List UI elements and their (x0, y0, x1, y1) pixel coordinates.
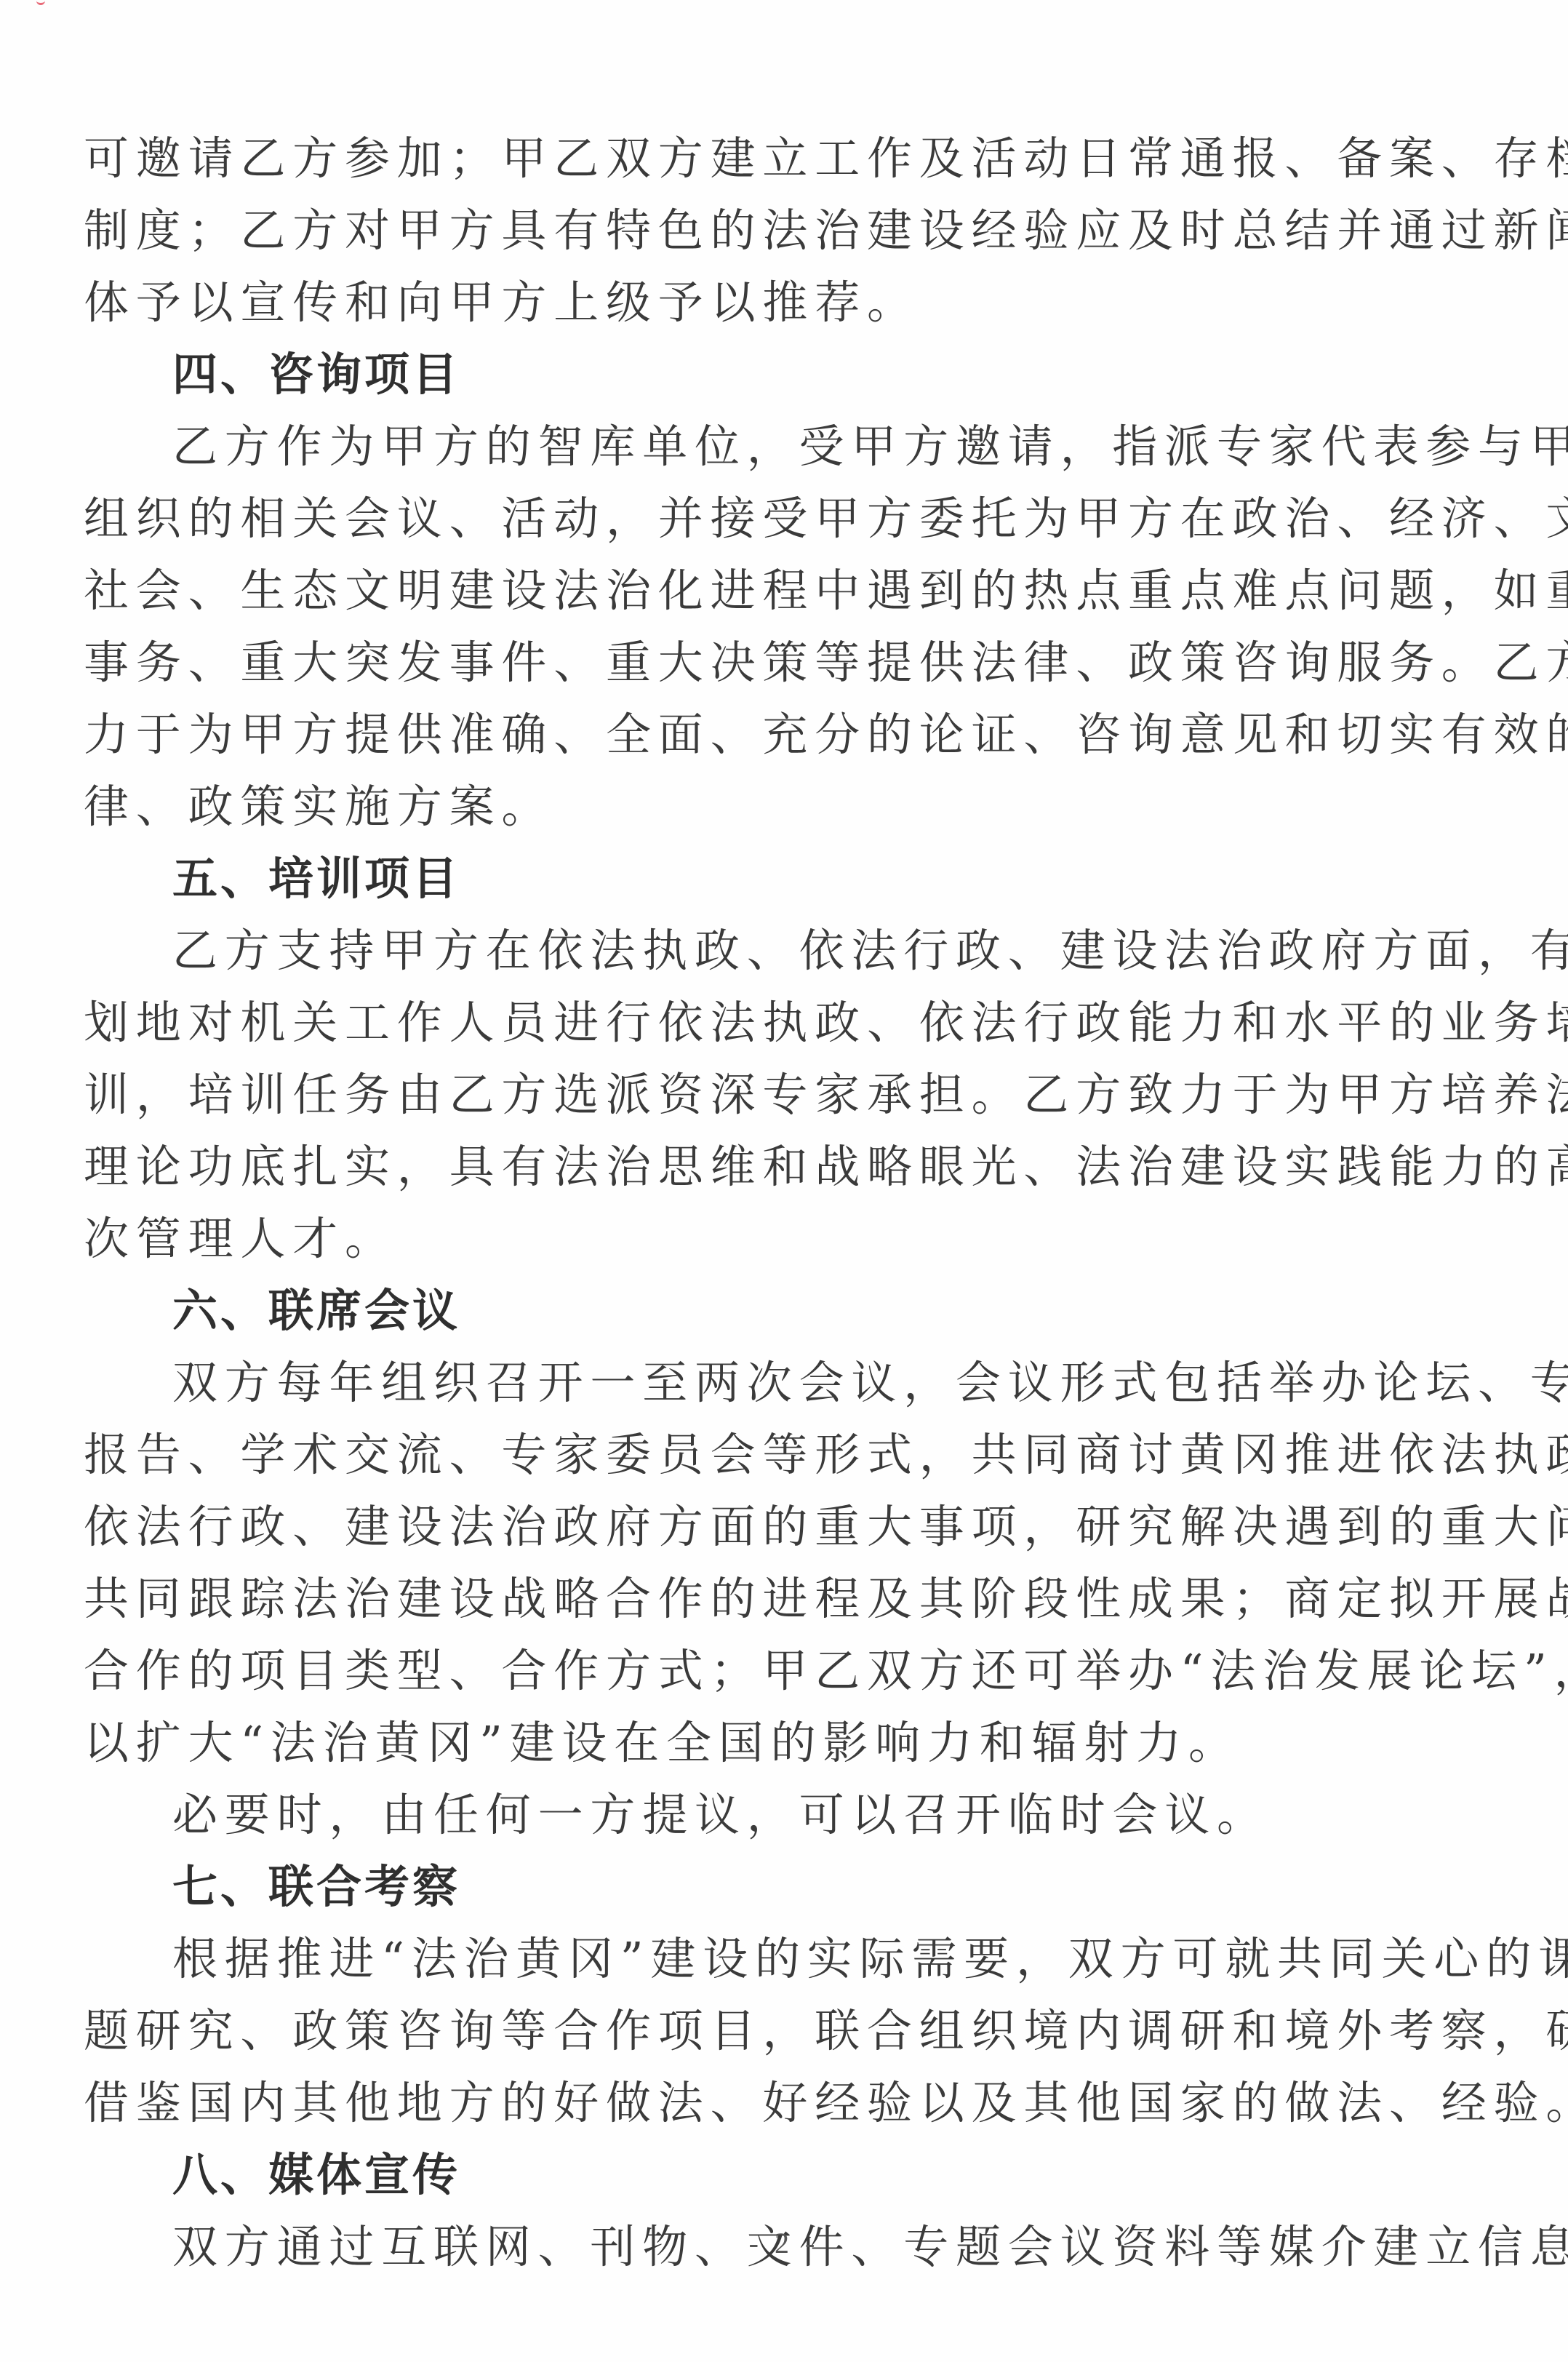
body-line: 训，培训任务由乙方选派资深专家承担。乙方致力于为甲方培养法治 (84, 1058, 1447, 1130)
body-line: 以扩大“法治黄冈”建设在全国的影响力和辐射力。 (84, 1707, 1447, 1779)
body-line: 借鉴国内其他地方的好做法、好经验以及其他国家的做法、经验。 (84, 2067, 1447, 2139)
section-heading-joint-meeting: 六、联席会议 (84, 1274, 1447, 1346)
body-line: 乙方支持甲方在依法执政、依法行政、建设法治政府方面，有计 (84, 914, 1447, 986)
body-line: 必要时，由任何一方提议，可以召开临时会议。 (84, 1779, 1447, 1851)
body-line: 划地对机关工作人员进行依法执政、依法行政能力和水平的业务培 (84, 986, 1447, 1058)
body-line: 次管理人才。 (84, 1202, 1447, 1274)
document-body: 可邀请乙方参加；甲乙双方建立工作及活动日常通报、备案、存档等 制度；乙方对甲方具… (84, 122, 1447, 2283)
body-line: 组织的相关会议、活动，并接受甲方委托为甲方在政治、经济、文化、 (84, 482, 1447, 554)
body-line: 共同跟踪法治建设战略合作的进程及其阶段性成果；商定拟开展战略 (84, 1563, 1447, 1635)
body-line: 制度；乙方对甲方具有特色的法治建设经验应及时总结并通过新闻媒 (84, 194, 1447, 266)
body-line: 根据推进“法治黄冈”建设的实际需要，双方可就共同关心的课 (84, 1923, 1447, 1995)
section-heading-training: 五、培训项目 (84, 842, 1447, 914)
body-line: 律、政策实施方案。 (84, 770, 1447, 842)
body-line: 社会、生态文明建设法治化进程中遇到的热点重点难点问题，如重大 (84, 554, 1447, 626)
body-line: 理论功底扎实，具有法治思维和战略眼光、法治建设实践能力的高层 (84, 1130, 1447, 1202)
body-line: 事务、重大突发事件、重大决策等提供法律、政策咨询服务。乙方致 (84, 626, 1447, 698)
section-heading-consulting: 四、咨询项目 (84, 338, 1447, 410)
body-line: 题研究、政策咨询等合作项目，联合组织境内调研和境外考察，研究 (84, 1995, 1447, 2067)
section-heading-joint-inspection: 七、联合考察 (84, 1851, 1447, 1923)
body-line: 合作的项目类型、合作方式；甲乙双方还可举办“法治发展论坛”， (84, 1635, 1447, 1707)
body-line: 体予以宣传和向甲方上级予以推荐。 (84, 266, 1447, 338)
body-line: 报告、学术交流、专家委员会等形式，共同商讨黄冈推进依法执政、 (84, 1419, 1447, 1491)
body-line: 依法行政、建设法治政府方面的重大事项，研究解决遇到的重大问题； (84, 1491, 1447, 1563)
page-number: - 2 - (0, 2226, 1568, 2260)
body-line: 可邀请乙方参加；甲乙双方建立工作及活动日常通报、备案、存档等 (84, 122, 1447, 194)
section-heading-media: 八、媒体宣传 (84, 2139, 1447, 2211)
body-line: 力于为甲方提供准确、全面、充分的论证、咨询意见和切实有效的法 (84, 698, 1447, 770)
body-line: 乙方作为甲方的智库单位，受甲方邀请，指派专家代表参与甲方 (84, 410, 1447, 482)
body-line: 双方每年组织召开一至两次会议，会议形式包括举办论坛、专题 (84, 1346, 1447, 1419)
scan-edge-mark (36, 0, 45, 5)
